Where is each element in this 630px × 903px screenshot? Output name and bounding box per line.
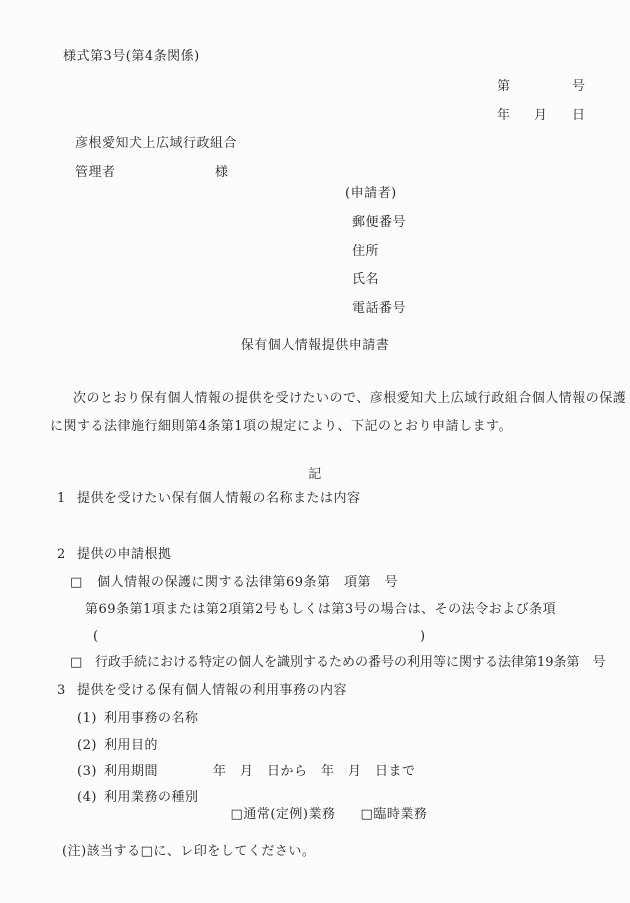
form-number: 様式第3号(第4条関係) xyxy=(63,48,200,65)
applicant-field-phone: 電話番号 xyxy=(352,300,406,317)
temporary-work-label: 臨時業務 xyxy=(373,807,427,822)
temporary-work-checkbox-icon[interactable]: □ xyxy=(361,807,374,822)
item3-sub1-number: (1) xyxy=(77,710,97,727)
intro-paragraph-line1: 次のとおり保有個人情報の提供を受けたいので、彦根愛知犬上広域行政組合個人情報の保… xyxy=(73,390,626,407)
organization-name: 彦根愛知犬上広域行政組合 xyxy=(75,135,237,152)
item2-text: 提供の申請根拠 xyxy=(77,546,172,563)
item3-sub4-label: 利用業務の種別 xyxy=(104,789,199,806)
law69-note: 第69条第1項または第2項第2号もしくは第3号の場合は、その法令および条項 xyxy=(85,601,556,618)
ki-marker: 記 xyxy=(0,466,630,483)
law69-checkbox-label: 個人情報の保護に関する法律第69条第 項第 号 xyxy=(97,574,398,591)
regular-work-label: 通常(定例)業務 xyxy=(243,807,335,822)
item3-sub3-label: 利用期間 xyxy=(104,763,158,780)
document-page: 様式第3号(第4条関係) 第 号 年 月 日 彦根愛知犬上広域行政組合 管理者 … xyxy=(0,0,630,903)
item3-text: 提供を受ける保有個人情報の利用事務の内容 xyxy=(77,682,347,699)
honorific-label: 様 xyxy=(215,164,229,181)
item3-sub1-label: 利用事務の名称 xyxy=(104,710,199,727)
item3-number: 3 xyxy=(57,682,66,699)
date-month-label: 月 xyxy=(534,107,548,124)
applicant-field-address: 住所 xyxy=(352,243,379,260)
date-year-label: 年 xyxy=(497,107,511,124)
footer-note: (注)該当する□に、レ印をしてください。 xyxy=(62,843,315,860)
document-title: 保有個人情報提供申請書 xyxy=(0,337,630,354)
addressee-label: 管理者 xyxy=(75,164,116,181)
mynumber-checkbox-label: 行政手続における特定の個人を識別するための番号の利用等に関する法律第19条第 号 xyxy=(95,654,606,671)
regular-work-checkbox-icon[interactable]: □ xyxy=(231,807,244,822)
item3-sub2-number: (2) xyxy=(77,737,97,754)
doc-number-suffix: 号 xyxy=(572,78,586,95)
item1-number: 1 xyxy=(57,490,66,507)
law69-checkbox-icon[interactable]: □ xyxy=(70,574,83,591)
mynumber-checkbox-icon[interactable]: □ xyxy=(70,654,83,671)
date-day-label: 日 xyxy=(572,107,586,124)
item1-text: 提供を受けたい保有個人情報の名称または内容 xyxy=(77,490,361,507)
item3-sub3-number: (3) xyxy=(77,763,97,780)
item3-sub4-number: (4) xyxy=(77,789,97,806)
fill-in-paren-close: ) xyxy=(420,628,426,645)
item3-sub2-label: 利用目的 xyxy=(104,737,158,754)
usage-period-fill-in: 年 月 日から 年 月 日まで xyxy=(213,763,416,780)
regular-work-option[interactable]: □通常(定例)業務 xyxy=(212,789,335,840)
item2-number: 2 xyxy=(57,546,66,563)
applicant-field-name: 氏名 xyxy=(352,271,379,288)
intro-paragraph-line2: に関する法律施行細則第4条第1項の規定により、下記のとおり申請します。 xyxy=(50,418,512,435)
fill-in-paren-open: ( xyxy=(93,628,99,645)
applicant-field-postal-code: 郵便番号 xyxy=(352,214,406,231)
applicant-heading: (申請者) xyxy=(345,185,397,202)
doc-number-prefix: 第 xyxy=(497,78,511,95)
temporary-work-option[interactable]: □臨時業務 xyxy=(342,789,427,840)
